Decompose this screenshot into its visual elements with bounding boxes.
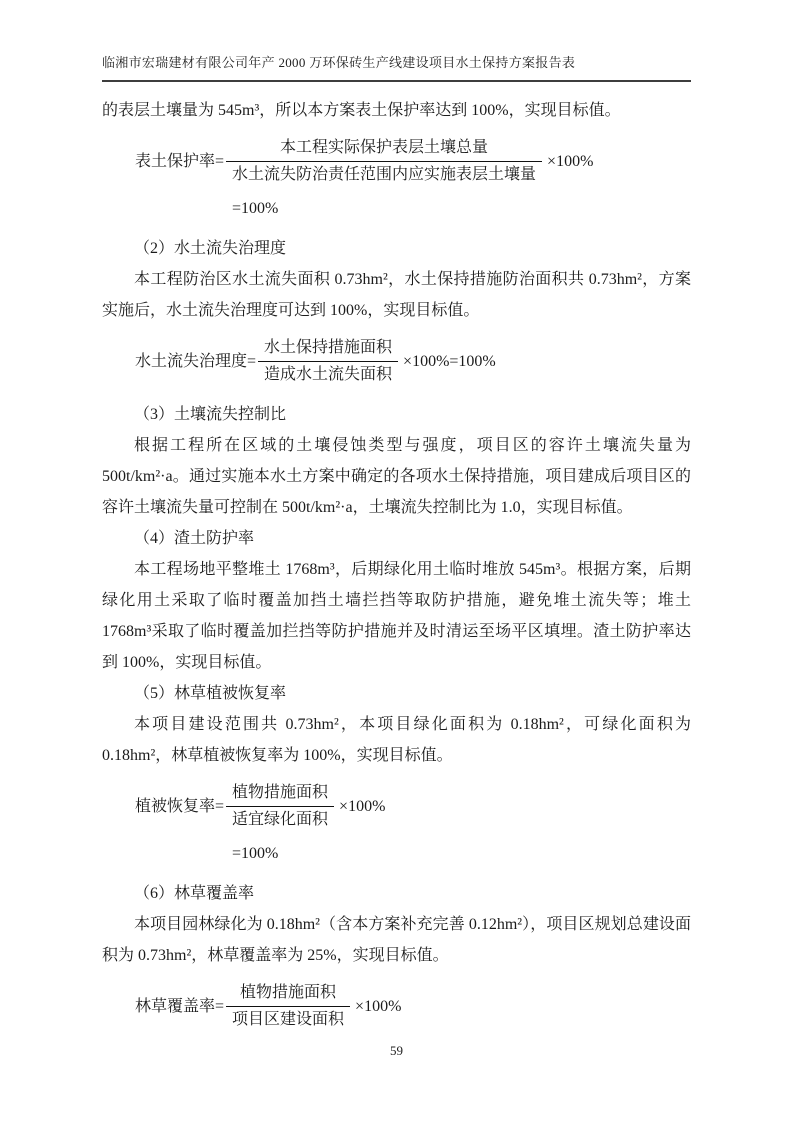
fraction-denominator: 项目区建设面积: [226, 1006, 350, 1030]
fraction-numerator: 植物措施面积: [226, 783, 334, 806]
formula-erosion-lhs: 水土流失治理度=: [135, 352, 256, 372]
formula-grass-line: 林草覆盖率= 植物措施面积 项目区建设面积 ×100%: [135, 983, 691, 1030]
fraction-numerator: 水土保持措施面积: [258, 338, 398, 361]
formula-topsoil-protection: 表土保护率= 本工程实际保护表层土壤总量 水土流失防治责任范围内应实施表层土壤量…: [102, 138, 691, 219]
heading-section-2: （2）水土流失治理度: [102, 233, 691, 264]
formula-topsoil-line: 表土保护率= 本工程实际保护表层土壤总量 水土流失防治责任范围内应实施表层土壤量…: [135, 138, 691, 185]
fraction-numerator: 植物措施面积: [226, 983, 350, 1006]
formula-grass-lhs: 林草覆盖率=: [135, 997, 224, 1017]
formula-grass-fraction: 植物措施面积 项目区建设面积: [226, 983, 350, 1030]
formula-vegetation-line: 植被恢复率= 植物措施面积 适宜绿化面积 ×100%: [135, 783, 691, 830]
fraction-denominator: 水土流失防治责任范围内应实施表层土壤量: [226, 161, 542, 185]
formula-vegetation-lhs: 植被恢复率=: [135, 797, 224, 817]
formula-erosion-suffix: ×100%=100%: [403, 352, 496, 372]
fraction-denominator: 造成水土流失面积: [258, 361, 398, 385]
formula-erosion-control: 水土流失治理度= 水土保持措施面积 造成水土流失面积 ×100%=100%: [102, 338, 691, 385]
heading-section-3: （3）土壤流失控制比: [102, 399, 691, 430]
formula-topsoil-lhs: 表土保护率=: [135, 152, 224, 172]
fraction-denominator: 适宜绿化面积: [226, 806, 334, 830]
formula-vegetation-fraction: 植物措施面积 适宜绿化面积: [226, 783, 334, 830]
heading-section-6: （6）林草覆盖率: [102, 878, 691, 909]
page-number: 59: [390, 1043, 403, 1058]
formula-vegetation-suffix: ×100%: [339, 797, 385, 817]
fraction-numerator: 本工程实际保护表层土壤总量: [226, 138, 542, 161]
formula-topsoil-result: =100%: [232, 199, 691, 219]
paragraph-section-5: 本项目建设范围共 0.73hm²，本项目绿化面积为 0.18hm²，可绿化面积为…: [102, 709, 691, 771]
document-page: 临湘市宏瑞建材有限公司年产 2000 万环保砖生产线建设项目水土保持方案报告表 …: [0, 0, 793, 1122]
formula-vegetation-result: =100%: [232, 844, 691, 864]
formula-grass-coverage: 林草覆盖率= 植物措施面积 项目区建设面积 ×100%: [102, 983, 691, 1030]
heading-section-4: （4）渣土防护率: [102, 523, 691, 554]
page-header: 临湘市宏瑞建材有限公司年产 2000 万环保砖生产线建设项目水土保持方案报告表: [102, 0, 691, 82]
page-footer: 59: [0, 1042, 793, 1060]
formula-grass-suffix: ×100%: [355, 997, 401, 1017]
document-body: 的表层土壤量为 545m³，所以本方案表土保护率达到 100%，实现目标值。 表…: [102, 82, 691, 1030]
paragraph-topsoil-result: 的表层土壤量为 545m³，所以本方案表土保护率达到 100%，实现目标值。: [102, 95, 691, 126]
paragraph-section-6: 本项目园林绿化为 0.18hm²（含本方案补充完善 0.12hm²），项目区规划…: [102, 909, 691, 971]
formula-vegetation-recovery: 植被恢复率= 植物措施面积 适宜绿化面积 ×100% =100%: [102, 783, 691, 864]
paragraph-section-2: 本工程防治区水土流失面积 0.73hm²，水土保持措施防治面积共 0.73hm²…: [102, 264, 691, 326]
paragraph-section-3: 根据工程所在区域的土壤侵蚀类型与强度，项目区的容许土壤流失量为 500t/km²…: [102, 430, 691, 523]
header-title: 临湘市宏瑞建材有限公司年产 2000 万环保砖生产线建设项目水土保持方案报告表: [102, 52, 691, 71]
paragraph-section-4: 本工程场地平整堆土 1768m³，后期绿化用土临时堆放 545m³。根据方案，后…: [102, 554, 691, 678]
formula-erosion-line: 水土流失治理度= 水土保持措施面积 造成水土流失面积 ×100%=100%: [135, 338, 691, 385]
heading-section-5: （5）林草植被恢复率: [102, 678, 691, 709]
formula-topsoil-suffix: ×100%: [547, 152, 593, 172]
formula-erosion-fraction: 水土保持措施面积 造成水土流失面积: [258, 338, 398, 385]
formula-topsoil-fraction: 本工程实际保护表层土壤总量 水土流失防治责任范围内应实施表层土壤量: [226, 138, 542, 185]
